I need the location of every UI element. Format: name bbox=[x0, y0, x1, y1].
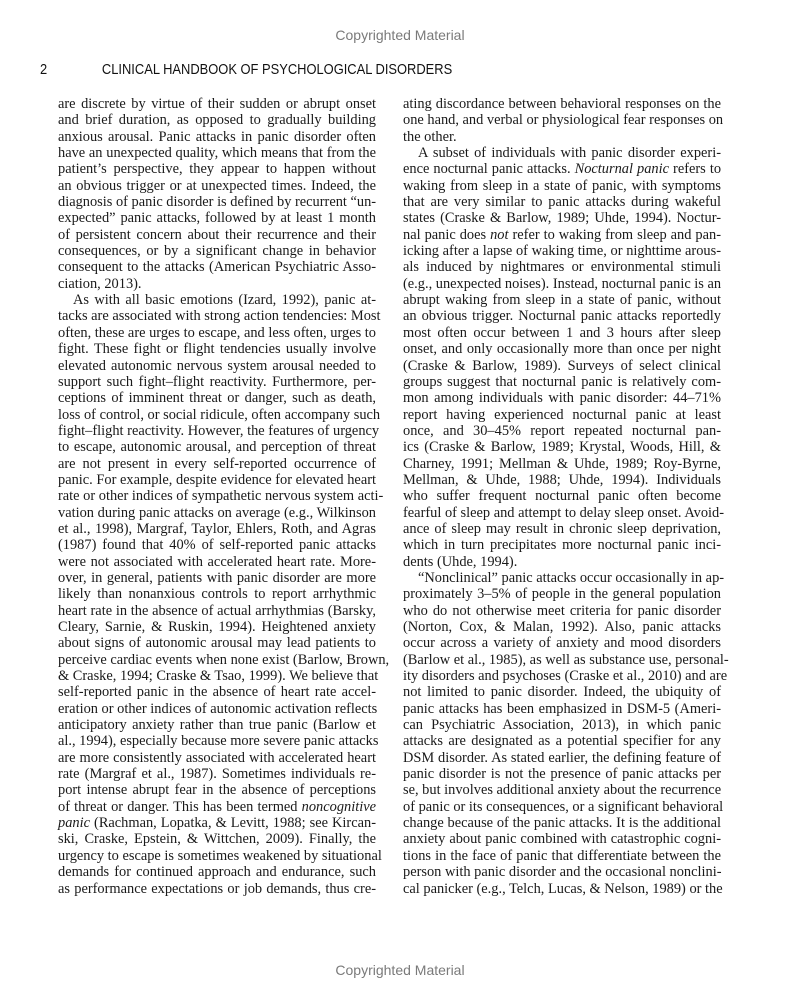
text-line: anxiety about panic combined with catast… bbox=[403, 831, 721, 847]
text-line: who suffer frequent nocturnal panic ofte… bbox=[403, 488, 721, 504]
text-line: as performance expectations or job deman… bbox=[58, 881, 376, 897]
text-line: about signs of autonomic arousal may lea… bbox=[58, 635, 376, 651]
text-line: often, these are urges to escape, and le… bbox=[58, 325, 376, 341]
text-line: loss of control, or social ridicule, oft… bbox=[58, 407, 376, 423]
text-line: ics (Craske & Barlow, 1989; Krystal, Woo… bbox=[403, 439, 721, 455]
text-line: Charney, 1991; Mellman & Uhde, 1989; Roy… bbox=[403, 456, 721, 472]
text-line: fight–flight reactivity. However, the fe… bbox=[58, 423, 376, 439]
text-line: mon among individuals with panic disorde… bbox=[403, 390, 721, 406]
text-line: anticipatory anxiety rather than true pa… bbox=[58, 717, 376, 733]
text-line: are not present in every self-reported o… bbox=[58, 456, 376, 472]
text-line: an obvious trigger. Nocturnal panic atta… bbox=[403, 308, 721, 324]
text-line: who do not otherwise meet criteria for p… bbox=[403, 603, 721, 619]
text-line: rate or other indices of sympathetic ner… bbox=[58, 488, 376, 504]
text-line: al., 1994), especially because more seve… bbox=[58, 733, 376, 749]
text-line: panic (Rachman, Lopatka, & Levitt, 1988;… bbox=[58, 815, 376, 831]
text-line: support such fight–flight reactivity. Fu… bbox=[58, 374, 376, 390]
text-line: panic attacks has been emphasized in DSM… bbox=[403, 701, 721, 717]
running-title: CLINICAL HANDBOOK OF PSYCHOLOGICAL DISOR… bbox=[102, 61, 452, 78]
text-line: & Craske, 1994; Craske & Tsao, 1999). We… bbox=[58, 668, 376, 684]
left-text-column: are discrete by virtue of their sudden o… bbox=[58, 96, 376, 897]
text-line: are discrete by virtue of their sudden o… bbox=[58, 96, 376, 112]
text-segment: of threat or danger. This has been terme… bbox=[58, 799, 302, 815]
text-segment: (Rachman, Lopatka, & Levitt, 1988; see K… bbox=[90, 815, 376, 831]
text-line: perceive cardiac events when none exist … bbox=[58, 652, 376, 668]
text-line: (Barlow et al., 1985), as well as substa… bbox=[403, 652, 721, 668]
text-line: Mellman, & Uhde, 1988; Uhde, 1994). Indi… bbox=[403, 472, 721, 488]
text-line: icking after a lapse of waking time, or … bbox=[403, 243, 721, 259]
text-line: “Nonclinical” panic attacks occur occasi… bbox=[403, 570, 721, 586]
page-number: 2 bbox=[40, 61, 102, 78]
text-line: most often occur between 1 and 3 hours a… bbox=[403, 325, 721, 341]
text-line: not limited to panic disorder. Indeed, t… bbox=[403, 684, 721, 700]
text-line: heart rate in the absence of actual arrh… bbox=[58, 603, 376, 619]
text-line: waking from sleep in a state of panic, w… bbox=[403, 178, 721, 194]
text-line: to escape, autonomic arousal, and percep… bbox=[58, 439, 376, 455]
text-line: ity disorders and psychoses (Craske et a… bbox=[403, 668, 721, 684]
text-line: can Psychiatric Association, 2013), in w… bbox=[403, 717, 721, 733]
text-line: rate (Margraf et al., 1987). Sometimes i… bbox=[58, 766, 376, 782]
text-line: of panic or its consequences, or a signi… bbox=[403, 799, 721, 815]
text-line: (e.g., unexpected noises). Instead, noct… bbox=[403, 276, 721, 292]
text-line: patient’s perspective, they appear to ha… bbox=[58, 161, 376, 177]
text-line: self-reported panic in the absence of he… bbox=[58, 684, 376, 700]
text-line: nal panic does not refer to waking from … bbox=[403, 227, 721, 243]
text-line: ance of sleep may result in chronic slee… bbox=[403, 521, 721, 537]
text-line: occur across a variety of anxiety and mo… bbox=[403, 635, 721, 651]
text-line: demands for continued approach and endur… bbox=[58, 864, 376, 880]
text-line: were not associated with accelerated hea… bbox=[58, 554, 376, 570]
text-line: eration or other indices of autonomic ac… bbox=[58, 701, 376, 717]
text-line: ciation, 2013). bbox=[58, 276, 376, 292]
copyright-watermark-top: Copyrighted Material bbox=[0, 27, 800, 43]
text-line: vation during panic attacks on average (… bbox=[58, 505, 376, 521]
copyright-watermark-bottom: Copyrighted Material bbox=[0, 962, 800, 978]
text-line: A subset of individuals with panic disor… bbox=[403, 145, 721, 161]
text-line: panic. For example, despite evidence for… bbox=[58, 472, 376, 488]
right-text-column: ating discordance between behavioral res… bbox=[403, 96, 721, 897]
text-line: once, and 30–45% report repeated nocturn… bbox=[403, 423, 721, 439]
text-line: states (Craske & Barlow, 1989; Uhde, 199… bbox=[403, 210, 721, 226]
text-line: se, but involves additional anxiety abou… bbox=[403, 782, 721, 798]
text-line: person with panic disorder and the occas… bbox=[403, 864, 721, 880]
text-line: have an unexpected quality, which means … bbox=[58, 145, 376, 161]
text-line: fight. These fight or flight tendencies … bbox=[58, 341, 376, 357]
text-line: of persistent concern about their recurr… bbox=[58, 227, 376, 243]
text-line: panic disorder is not the presence of pa… bbox=[403, 766, 721, 782]
text-line: one hand, and verbal or physiological fe… bbox=[403, 112, 721, 128]
text-line: (Craske & Barlow, 1989). Surveys of sele… bbox=[403, 358, 721, 374]
italic-term: panic bbox=[58, 815, 90, 831]
text-line: are more consistently associated with ac… bbox=[58, 750, 376, 766]
text-line: consequences, or by a significant change… bbox=[58, 243, 376, 259]
text-line: tacks are associated with strong action … bbox=[58, 308, 376, 324]
text-line: tions in the face of panic that differen… bbox=[403, 848, 721, 864]
text-line: ski, Craske, Epstein, & Wittchen, 2009).… bbox=[58, 831, 376, 847]
text-line: onset, and only occasionally more than o… bbox=[403, 341, 721, 357]
italic-term: Nocturnal panic bbox=[575, 161, 669, 177]
text-line: ating discordance between behavioral res… bbox=[403, 96, 721, 112]
text-line: diagnosis of panic disorder is defined b… bbox=[58, 194, 376, 210]
text-line: over, in general, patients with panic di… bbox=[58, 570, 376, 586]
text-line: dents (Uhde, 1994). bbox=[403, 554, 721, 570]
text-line: the other. bbox=[403, 129, 721, 145]
text-line: cal panicker (e.g., Telch, Lucas, & Nels… bbox=[403, 881, 721, 897]
text-line: change because of the panic attacks. It … bbox=[403, 815, 721, 831]
text-line: consequent to the attacks (American Psyc… bbox=[58, 259, 376, 275]
text-line: DSM disorder. As stated earlier, the def… bbox=[403, 750, 721, 766]
text-line: that are very similar to panic attacks d… bbox=[403, 194, 721, 210]
text-line: ence nocturnal panic attacks. Nocturnal … bbox=[403, 161, 721, 177]
text-line: proximately 3–5% of people in the genera… bbox=[403, 586, 721, 602]
text-line: abrupt waking from sleep in a state of p… bbox=[403, 292, 721, 308]
text-line: and brief duration, as opposed to gradua… bbox=[58, 112, 376, 128]
text-line: As with all basic emotions (Izard, 1992)… bbox=[58, 292, 376, 308]
text-line: of threat or danger. This has been terme… bbox=[58, 799, 376, 815]
text-line: elevated autonomic nervous system arousa… bbox=[58, 358, 376, 374]
text-line: attacks are designated as a potential sp… bbox=[403, 733, 721, 749]
text-line: (1987) found that 40% of self-reported p… bbox=[58, 537, 376, 553]
text-line: an obvious trigger or at unexpected time… bbox=[58, 178, 376, 194]
text-line: groups suggest that nocturnal panic is r… bbox=[403, 374, 721, 390]
text-segment: refer to waking from sleep and pan- bbox=[508, 227, 721, 243]
text-line: fearful of sleep and attempt to delay sl… bbox=[403, 505, 721, 521]
running-header: 2CLINICAL HANDBOOK OF PSYCHOLOGICAL DISO… bbox=[40, 61, 452, 78]
italic-term: noncognitive bbox=[302, 799, 376, 815]
text-line: report having experienced nocturnal pani… bbox=[403, 407, 721, 423]
text-segment: refers to bbox=[669, 161, 721, 177]
text-line: likely than nonanxious controls to repor… bbox=[58, 586, 376, 602]
text-line: port intense abrupt fear in the absence … bbox=[58, 782, 376, 798]
text-line: which in turn precipitates more nocturna… bbox=[403, 537, 721, 553]
text-line: urgency to escape is sometimes weakened … bbox=[58, 848, 376, 864]
text-line: (Norton, Cox, & Malan, 1992). Also, pani… bbox=[403, 619, 721, 635]
text-line: et al., 1998), Margraf, Taylor, Ehlers, … bbox=[58, 521, 376, 537]
text-segment: ence nocturnal panic attacks. bbox=[403, 161, 575, 177]
text-line: expected” panic attacks, followed by at … bbox=[58, 210, 376, 226]
text-line: ceptions of imminent threat or danger, s… bbox=[58, 390, 376, 406]
text-line: als induced by nightmares or environment… bbox=[403, 259, 721, 275]
text-line: anxious arousal. Panic attacks in panic … bbox=[58, 129, 376, 145]
italic-term: not bbox=[490, 227, 508, 243]
text-line: Cleary, Sarnie, & Ruskin, 1994). Heighte… bbox=[58, 619, 376, 635]
text-segment: nal panic does bbox=[403, 227, 490, 243]
